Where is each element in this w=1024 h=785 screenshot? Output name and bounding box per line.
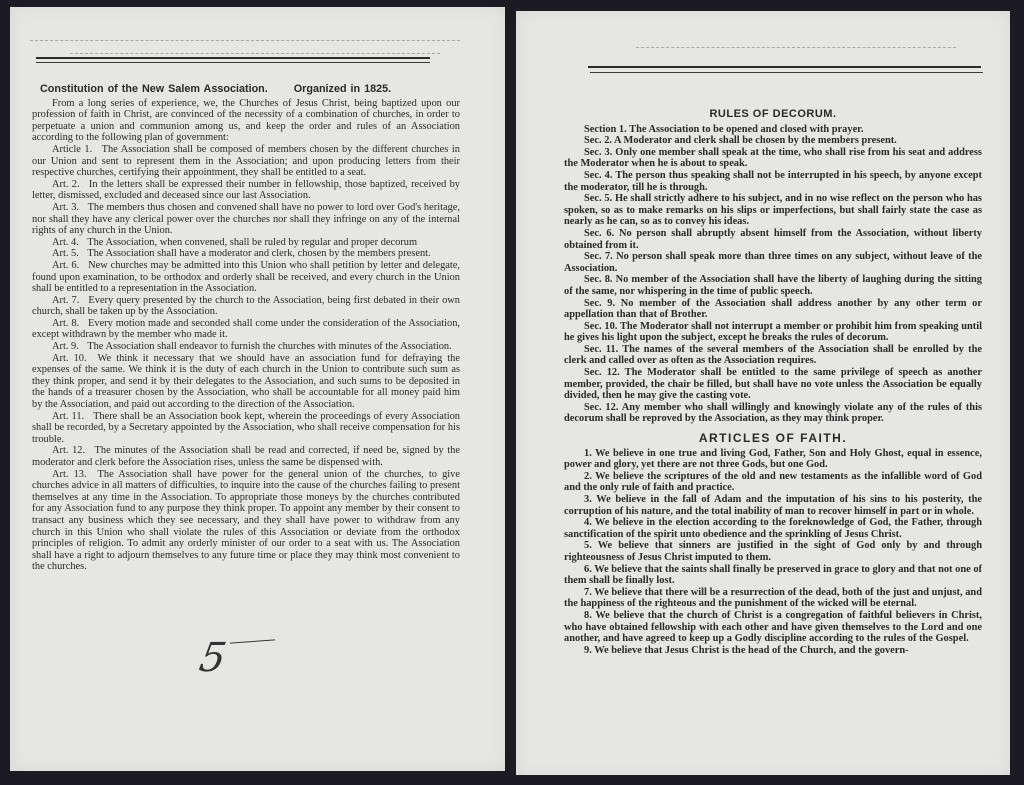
faith-article-text: We believe that Jesus Christ is the head… <box>594 645 908 656</box>
faith-article: 7. We believe that there will be a resur… <box>564 587 982 610</box>
faith-article: 9. We believe that Jesus Christ is the h… <box>564 645 982 657</box>
preamble: From a long series of experience, we, th… <box>32 98 460 144</box>
faith-article-label: 5. <box>584 540 592 551</box>
faith-article-text: We believe in the election according to … <box>564 517 982 540</box>
constitution-article-label: Art. 2. <box>52 179 80 190</box>
faith-article: 2. We believe the scriptures of the old … <box>564 471 982 494</box>
constitution-article-label: Art. 5. <box>52 248 79 259</box>
constitution-article-label: Article 1. <box>52 144 92 155</box>
decorum-rule: Sec. 12. Any member who shall willingly … <box>564 402 982 425</box>
decorum-rule-text: No member of the Association shall addre… <box>564 298 982 321</box>
header-rule-thin <box>36 62 430 63</box>
printed-border-speckle <box>636 47 956 49</box>
decorum-rule-label: Sec. 3. <box>584 147 612 158</box>
constitution-article-text: Every motion made and seconded shall com… <box>32 318 460 341</box>
faith-article-label: 8. <box>584 610 592 621</box>
decorum-rule: Sec. 8. No member of the Association sha… <box>564 274 982 297</box>
constitution-article-text: The Association, when convened, shall be… <box>87 237 417 248</box>
articles-of-faith-heading: ARTICLES OF FAITH. <box>564 433 982 445</box>
decorum-rule: Sec. 2. A Moderator and clerk shall be c… <box>564 135 982 147</box>
faith-article-label: 4. <box>584 517 592 528</box>
constitution-article: Article 1. The Association shall be comp… <box>32 144 460 179</box>
decorum-rule-label: Sec. 10. <box>584 321 617 332</box>
faith-article-text: We believe in one true and living God, F… <box>564 448 982 471</box>
constitution-article-text: New churches may be admitted into this U… <box>32 260 460 294</box>
constitution-article-label: Art. 9. <box>52 341 79 352</box>
faith-article: 8. We believe that the church of Christ … <box>564 610 982 645</box>
header-rule <box>588 66 981 68</box>
decorum-rule-text: Only one member shall speak at the time,… <box>564 147 982 170</box>
organized-date: Organized in 1825. <box>294 83 391 95</box>
constitution-article: Art. 5. The Association shall have a mod… <box>32 248 460 260</box>
faith-article-label: 7. <box>584 587 592 598</box>
handwritten-stroke <box>230 639 275 643</box>
decorum-rule: Sec. 7. No person shall speak more than … <box>564 251 982 274</box>
right-page: RULES OF DECORUM. Section 1. The Associa… <box>516 11 1010 775</box>
constitution-text: Constitution of the New Salem Associatio… <box>32 84 460 573</box>
rules-list: Section 1. The Association to be opened … <box>564 124 982 425</box>
faith-article-text: We believe that the saints shall finally… <box>564 564 982 587</box>
constitution-article-label: Art. 13. <box>52 469 87 480</box>
faith-article-text: We believe that there will be a resurrec… <box>564 587 982 610</box>
constitution-article-text: We think it necessary that we should hav… <box>32 353 460 410</box>
decorum-rule: Sec. 9. No member of the Association sha… <box>564 298 982 321</box>
constitution-article-text: Every query presented by the church to t… <box>32 295 460 318</box>
constitution-article: Art. 6. New churches may be admitted int… <box>32 260 460 295</box>
header-rule <box>36 57 430 59</box>
constitution-article: Art. 7. Every query presented by the chu… <box>32 295 460 318</box>
constitution-article-text: The Association shall have power for the… <box>32 469 460 573</box>
decorum-rule-text: He shall strictly adhere to his subject,… <box>564 193 982 227</box>
constitution-article-text: The members thus chosen and convened sha… <box>32 202 460 236</box>
faith-article-label: 1. <box>584 448 592 459</box>
faith-article-text: We believe that the church of Christ is … <box>564 610 982 644</box>
handwritten-page-number: 5 <box>196 635 230 681</box>
faith-article: 4. We believe in the election according … <box>564 517 982 540</box>
faith-article-label: 6. <box>584 564 592 575</box>
decorum-rule: Sec. 6. No person shall abruptly absent … <box>564 228 982 251</box>
decorum-rule-label: Sec. 12. <box>584 402 618 413</box>
rules-of-decorum-heading: RULES OF DECORUM. <box>564 109 982 121</box>
decorum-rule-label: Sec. 11. <box>584 344 618 355</box>
constitution-article: Art. 11. There shall be an Association b… <box>32 411 460 446</box>
left-page: Constitution of the New Salem Associatio… <box>10 7 505 771</box>
constitution-article: Art. 10. We think it necessary that we s… <box>32 353 460 411</box>
decorum-rule-text: Any member who shall willingly and knowi… <box>564 402 982 425</box>
constitution-article: Art. 2. In the letters shall be expresse… <box>32 179 460 202</box>
faith-article-label: 9. <box>584 645 592 656</box>
constitution-article-text: The minutes of the Association shall be … <box>32 445 460 468</box>
constitution-article-label: Art. 4. <box>52 237 79 248</box>
constitution-article-label: Art. 11. <box>52 411 84 422</box>
faith-list: 1. We believe in one true and living God… <box>564 448 982 657</box>
constitution-article-label: Art. 8. <box>52 318 79 329</box>
constitution-article-text: The Association shall have a moderator a… <box>87 248 430 259</box>
constitution-article-label: Art. 10. <box>52 353 87 364</box>
decorum-rule-text: The Moderator shall be entitled to the s… <box>564 367 982 401</box>
decorum-rule-label: Sec. 9. <box>584 298 615 309</box>
printed-border-speckle <box>30 40 460 42</box>
title-text: Constitution of the New Salem Associatio… <box>40 83 268 95</box>
header-rule-thin <box>590 72 983 73</box>
decorum-rule-label: Sec. 7. <box>584 251 613 262</box>
constitution-article-text: There shall be an Association book kept,… <box>32 411 460 445</box>
decorum-rule-label: Sec. 5. <box>584 193 612 204</box>
rules-and-faith-text: RULES OF DECORUM. Section 1. The Associa… <box>564 107 982 656</box>
decorum-rule-text: No member of the Association shall have … <box>564 274 982 297</box>
constitution-article-label: Art. 7. <box>52 295 79 306</box>
constitution-article-label: Art. 3. <box>52 202 79 213</box>
faith-article: 1. We believe in one true and living God… <box>564 448 982 471</box>
decorum-rule-text: The Moderator shall not interrupt a memb… <box>564 321 982 344</box>
printed-border-speckle <box>70 53 440 55</box>
faith-article-text: We believe the scriptures of the old and… <box>564 471 982 494</box>
faith-article: 5. We believe that sinners are justified… <box>564 540 982 563</box>
decorum-rule: Sec. 10. The Moderator shall not interru… <box>564 321 982 344</box>
articles-list: Article 1. The Association shall be comp… <box>32 144 460 573</box>
faith-article: 6. We believe that the saints shall fina… <box>564 564 982 587</box>
decorum-rule: Sec. 5. He shall strictly adhere to his … <box>564 193 982 228</box>
decorum-rule-text: The person thus speaking shall not be in… <box>564 170 982 193</box>
faith-article-text: We believe that sinners are justified in… <box>564 540 982 563</box>
constitution-article-text: In the letters shall be expressed their … <box>32 179 460 202</box>
faith-article-label: 2. <box>584 471 592 482</box>
constitution-article-text: The Association shall be composed of mem… <box>32 144 460 178</box>
decorum-rule-label: Sec. 4. <box>584 170 612 181</box>
constitution-article: Art. 8. Every motion made and seconded s… <box>32 318 460 341</box>
decorum-rule-text: No person shall abruptly absent himself … <box>564 228 982 251</box>
decorum-rule: Sec. 3. Only one member shall speak at t… <box>564 147 982 170</box>
decorum-rule-text: The Association to be opened and closed … <box>629 124 863 135</box>
constitution-article: Art. 13. The Association shall have powe… <box>32 469 460 573</box>
constitution-article: Art. 3. The members thus chosen and conv… <box>32 202 460 237</box>
decorum-rule-label: Sec. 12. <box>584 367 620 378</box>
decorum-rule: Sec. 4. The person thus speaking shall n… <box>564 170 982 193</box>
constitution-article-text: The Association shall endeavor to furnis… <box>87 341 451 352</box>
decorum-rule-text: No person shall speak more than three ti… <box>564 251 982 274</box>
faith-article-text: We believe in the fall of Adam and the i… <box>564 494 982 517</box>
constitution-article-label: Art. 6. <box>52 260 79 271</box>
constitution-article: Art. 9. The Association shall endeavor t… <box>32 341 460 353</box>
decorum-rule-text: The names of the several members of the … <box>564 344 982 367</box>
decorum-rule-label: Section 1. <box>584 124 627 135</box>
constitution-article: Art. 12. The minutes of the Association … <box>32 445 460 468</box>
decorum-rule: Section 1. The Association to be opened … <box>564 124 982 136</box>
decorum-rule: Sec. 12. The Moderator shall be entitled… <box>564 367 982 402</box>
constitution-article: Art. 4. The Association, when convened, … <box>32 237 460 249</box>
decorum-rule: Sec. 11. The names of the several member… <box>564 344 982 367</box>
decorum-rule-label: Sec. 2. <box>584 135 612 146</box>
document-title: Constitution of the New Salem Associatio… <box>40 84 460 96</box>
faith-article-label: 3. <box>584 494 592 505</box>
decorum-rule-label: Sec. 8. <box>584 274 613 285</box>
faith-article: 3. We believe in the fall of Adam and th… <box>564 494 982 517</box>
decorum-rule-text: A Moderator and clerk shall be chosen by… <box>614 135 897 146</box>
constitution-article-label: Art. 12. <box>52 445 85 456</box>
decorum-rule-label: Sec. 6. <box>584 228 614 239</box>
